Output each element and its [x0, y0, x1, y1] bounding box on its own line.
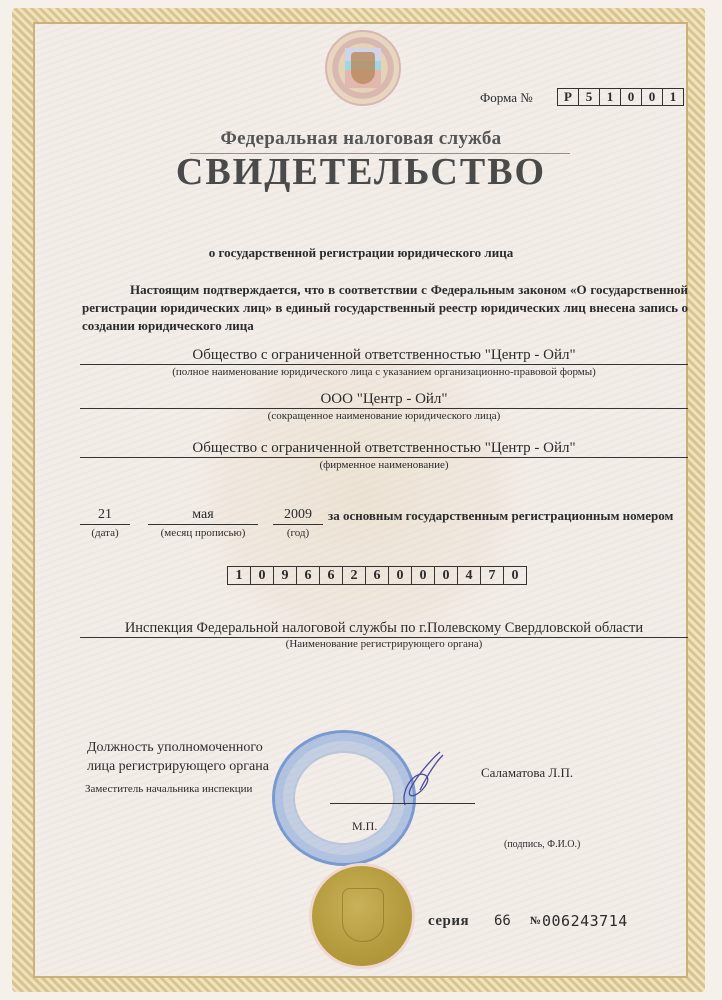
- form-code-char: Р: [558, 89, 579, 105]
- form-code-char: 1: [600, 89, 621, 105]
- form-code-char: 5: [579, 89, 600, 105]
- form-code-char: 0: [642, 89, 663, 105]
- ogrn-digit: 2: [343, 567, 366, 584]
- handwritten-signature-icon: [395, 750, 445, 810]
- hologram-coat-of-arms-icon: [325, 30, 401, 106]
- ogrn-digit: 0: [389, 567, 412, 584]
- watermark-emblem-icon: [190, 330, 530, 660]
- form-code-char: 0: [621, 89, 642, 105]
- ogrn-digit: 4: [458, 567, 481, 584]
- series-value: 66: [494, 913, 511, 929]
- ogrn-digit: 0: [435, 567, 458, 584]
- date-day: 21: [80, 506, 130, 525]
- number-sign: №: [530, 915, 541, 927]
- reg-number-label: за основным государственным регистрацион…: [328, 508, 673, 524]
- ogrn-number: 1 0 9 6 6 2 6 0 0 0 4 7 0: [227, 566, 527, 585]
- full-name-value: Общество с ограниченной ответственностью…: [80, 346, 688, 365]
- date-month-caption: (месяц прописью): [148, 527, 258, 539]
- brand-name-value: Общество с ограниченной ответственностью…: [80, 439, 688, 458]
- date-year: 2009: [273, 506, 323, 525]
- position-label: Должность уполномоченного лица регистрир…: [87, 738, 269, 776]
- ogrn-digit: 9: [274, 567, 297, 584]
- short-name-caption: (сокращенное наименование юридического л…: [80, 410, 688, 422]
- ogrn-digit: 6: [297, 567, 320, 584]
- ogrn-digit: 1: [228, 567, 251, 584]
- brand-name-caption: (фирменное наименование): [80, 459, 688, 471]
- form-code-char: 1: [663, 89, 683, 105]
- short-name-value: ООО "Центр - Ойл": [80, 390, 688, 409]
- authority-value: Инспекция Федеральной налоговой службы п…: [80, 619, 688, 638]
- gold-seal-eagle-icon: [312, 866, 412, 966]
- document-title: СВИДЕТЕЛЬСТВО: [0, 150, 722, 194]
- ogrn-digit: 6: [320, 567, 343, 584]
- full-name-caption: (полное наименование юридического лица с…: [80, 366, 688, 378]
- certificate-page: Форма № Р 5 1 0 0 1 Федеральная налогова…: [0, 0, 722, 1000]
- date-month: мая: [148, 506, 258, 525]
- stamp-place-mark: М.П.: [352, 819, 377, 834]
- date-year-caption: (год): [273, 527, 323, 539]
- signer-caption: (подпись, Ф.И.О.): [504, 839, 580, 850]
- form-label: Форма №: [480, 90, 533, 106]
- signer-name: Саламатова Л.П.: [481, 765, 573, 781]
- date-day-caption: (дата): [80, 527, 130, 539]
- series-label: серия: [428, 913, 469, 930]
- position-value: Заместитель начальника инспекции: [85, 783, 252, 795]
- ogrn-digit: 0: [412, 567, 435, 584]
- ogrn-digit: 0: [504, 567, 526, 584]
- ogrn-digit: 6: [366, 567, 389, 584]
- ogrn-digit: 7: [481, 567, 504, 584]
- document-subtitle: о государственной регистрации юридическо…: [0, 245, 722, 261]
- form-code: Р 5 1 0 0 1: [557, 88, 684, 106]
- ogrn-digit: 0: [251, 567, 274, 584]
- signature-line: [330, 803, 475, 804]
- agency-name: Федеральная налоговая служба: [0, 128, 722, 150]
- authority-caption: (Наименование регистрирующего органа): [80, 638, 688, 650]
- confirmation-paragraph: Настоящим подтверждается, что в соответс…: [82, 281, 688, 335]
- certificate-number: 006243714: [542, 912, 628, 930]
